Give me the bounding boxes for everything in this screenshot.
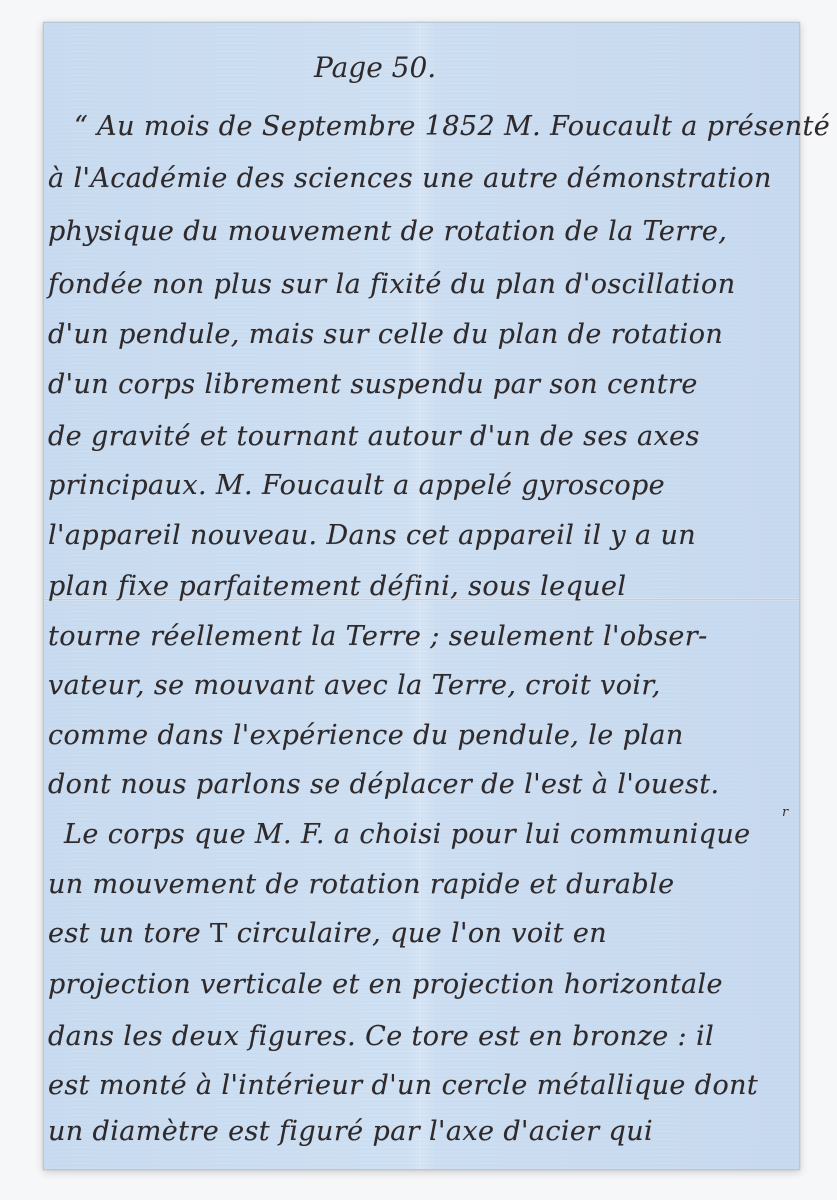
text-line-8: principaux. M. Foucault a appelé gyrosco… — [48, 470, 665, 501]
text-line-15: Le corps que M. F. a choisi pour lui com… — [64, 819, 751, 850]
text-line-12: vateur, se mouvant avec la Terre, croit … — [48, 670, 661, 701]
text-line-9: l'appareil nouveau. Dans cet appareil il… — [48, 520, 696, 551]
text-line-4: fondée non plus sur la fixité du plan d'… — [48, 269, 736, 300]
text-line-19: dans les deux figures. Ce tore est en br… — [48, 1021, 714, 1052]
torus-label-T: T — [210, 919, 228, 949]
text-line-1: “ Au mois de Septembre 1852 M. Foucault … — [74, 111, 830, 142]
text-line-21: un diamètre est figuré par l'axe d'acier… — [48, 1116, 653, 1147]
text-line-14: dont nous parlons se déplacer de l'est à… — [48, 769, 720, 800]
text-line-17-end: circulaire, que l'on voit en — [228, 918, 607, 949]
superscript-r: r — [782, 805, 788, 820]
page-heading: Page 50. — [314, 51, 436, 84]
text-line-20: est monté à l'intérieur d'un cercle méta… — [48, 1070, 758, 1101]
text-line-17-start: est un tore — [48, 918, 210, 949]
text-line-16: un mouvement de rotation rapide et durab… — [48, 869, 674, 900]
text-line-11: tourne réellement la Terre ; seulement l… — [48, 621, 708, 652]
text-line-18: projection verticale et en projection ho… — [48, 969, 723, 1000]
text-line-17: est un tore T circulaire, que l'on voit … — [48, 918, 607, 949]
text-line-10: plan fixe parfaitement défini, sous lequ… — [48, 571, 626, 602]
text-line-6: d'un corps librement suspendu par son ce… — [48, 369, 698, 400]
text-line-13: comme dans l'expérience du pendule, le p… — [48, 720, 684, 751]
text-line-2: à l'Académie des sciences une autre démo… — [48, 163, 772, 194]
text-line-7: de gravité et tournant autour d'un de se… — [48, 421, 700, 452]
text-line-5: d'un pendule, mais sur celle du plan de … — [48, 319, 723, 350]
text-line-3: physique du mouvement de rotation de la … — [48, 216, 727, 247]
manuscript-page: Page 50. “ Au mois de Septembre 1852 M. … — [43, 22, 800, 1170]
